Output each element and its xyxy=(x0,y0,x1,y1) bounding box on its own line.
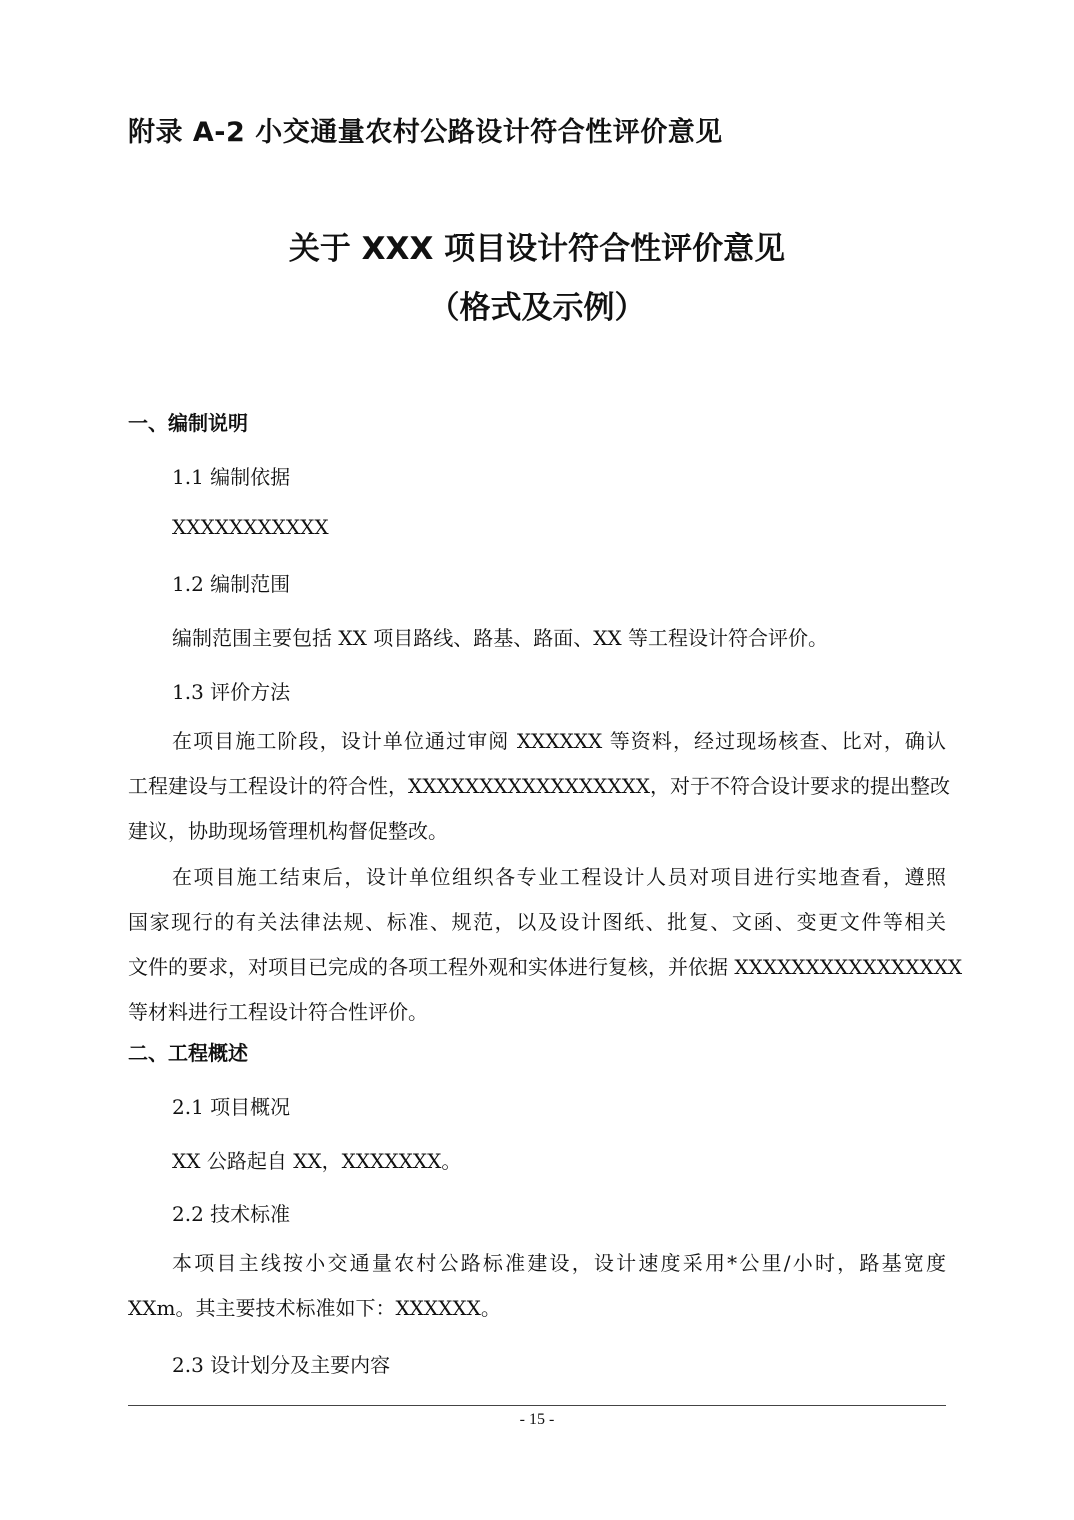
paragraph-line: 国家现行的有关法律法规、标准、规范，以及设计图纸、批复、文函、变更文件等相关 xyxy=(128,900,946,945)
section-heading-2: 二、工程概述 xyxy=(128,1037,248,1066)
paragraph-completion-stage: 在项目施工结束后，设计单位组织各专业工程设计人员对项目进行实地查看，遵照 国家现… xyxy=(128,855,946,1035)
subsection-heading-2-3: 2.3 设计划分及主要内容 xyxy=(172,1349,390,1378)
paragraph-line: 在项目施工阶段，设计单位通过审阅 XXXXXX 等资料，经过现场核查、比对，确认 xyxy=(128,719,946,764)
appendix-title: 附录 A-2 小交通量农村公路设计符合性评价意见 xyxy=(128,110,723,149)
subsection-heading-1-3: 1.3 评价方法 xyxy=(172,676,290,705)
section-heading-1: 一、编制说明 xyxy=(128,407,248,436)
subsection-body-1-1: XXXXXXXXXXX xyxy=(172,515,329,539)
document-subtitle: （格式及示例） xyxy=(0,282,1074,327)
subsection-heading-2-2: 2.2 技术标准 xyxy=(172,1198,290,1227)
subsection-heading-1-1: 1.1 编制依据 xyxy=(172,461,290,490)
paragraph-technical-standard: 本项目主线按小交通量农村公路标准建设，设计速度采用*公里/小时，路基宽度 XXm… xyxy=(128,1241,946,1331)
subsection-heading-2-1: 2.1 项目概况 xyxy=(172,1091,290,1120)
paragraph-line: XXm。其主要技术标准如下：XXXXXX。 xyxy=(128,1286,946,1331)
subsection-heading-1-2: 1.2 编制范围 xyxy=(172,568,290,597)
paragraph-construction-stage: 在项目施工阶段，设计单位通过审阅 XXXXXX 等资料，经过现场核查、比对，确认… xyxy=(128,719,946,854)
paragraph-line: 文件的要求，对项目已完成的各项工程外观和实体进行复核，并依据 XXXXXXXXX… xyxy=(128,945,946,990)
subsection-body-2-1: XX 公路起自 XX，XXXXXXX。 xyxy=(172,1145,461,1174)
subsection-body-1-2: 编制范围主要包括 XX 项目路线、路基、路面、XX 等工程设计符合评价。 xyxy=(172,622,828,651)
paragraph-line: 工程建设与工程设计的符合性，XXXXXXXXXXXXXXXXX，对于不符合设计要… xyxy=(128,764,946,809)
paragraph-line: 在项目施工结束后，设计单位组织各专业工程设计人员对项目进行实地查看，遵照 xyxy=(128,855,946,900)
document-title: 关于 XXX 项目设计符合性评价意见 xyxy=(0,223,1074,268)
paragraph-line: 等材料进行工程设计符合性评价。 xyxy=(128,990,946,1035)
paragraph-line: 建议，协助现场管理机构督促整改。 xyxy=(128,809,946,854)
paragraph-line: 本项目主线按小交通量农村公路标准建设，设计速度采用*公里/小时，路基宽度 xyxy=(128,1241,946,1286)
page-number: - 15 - xyxy=(0,1411,1074,1429)
footer-divider xyxy=(128,1405,946,1406)
document-page: 附录 A-2 小交通量农村公路设计符合性评价意见 关于 XXX 项目设计符合性评… xyxy=(0,0,1074,1520)
